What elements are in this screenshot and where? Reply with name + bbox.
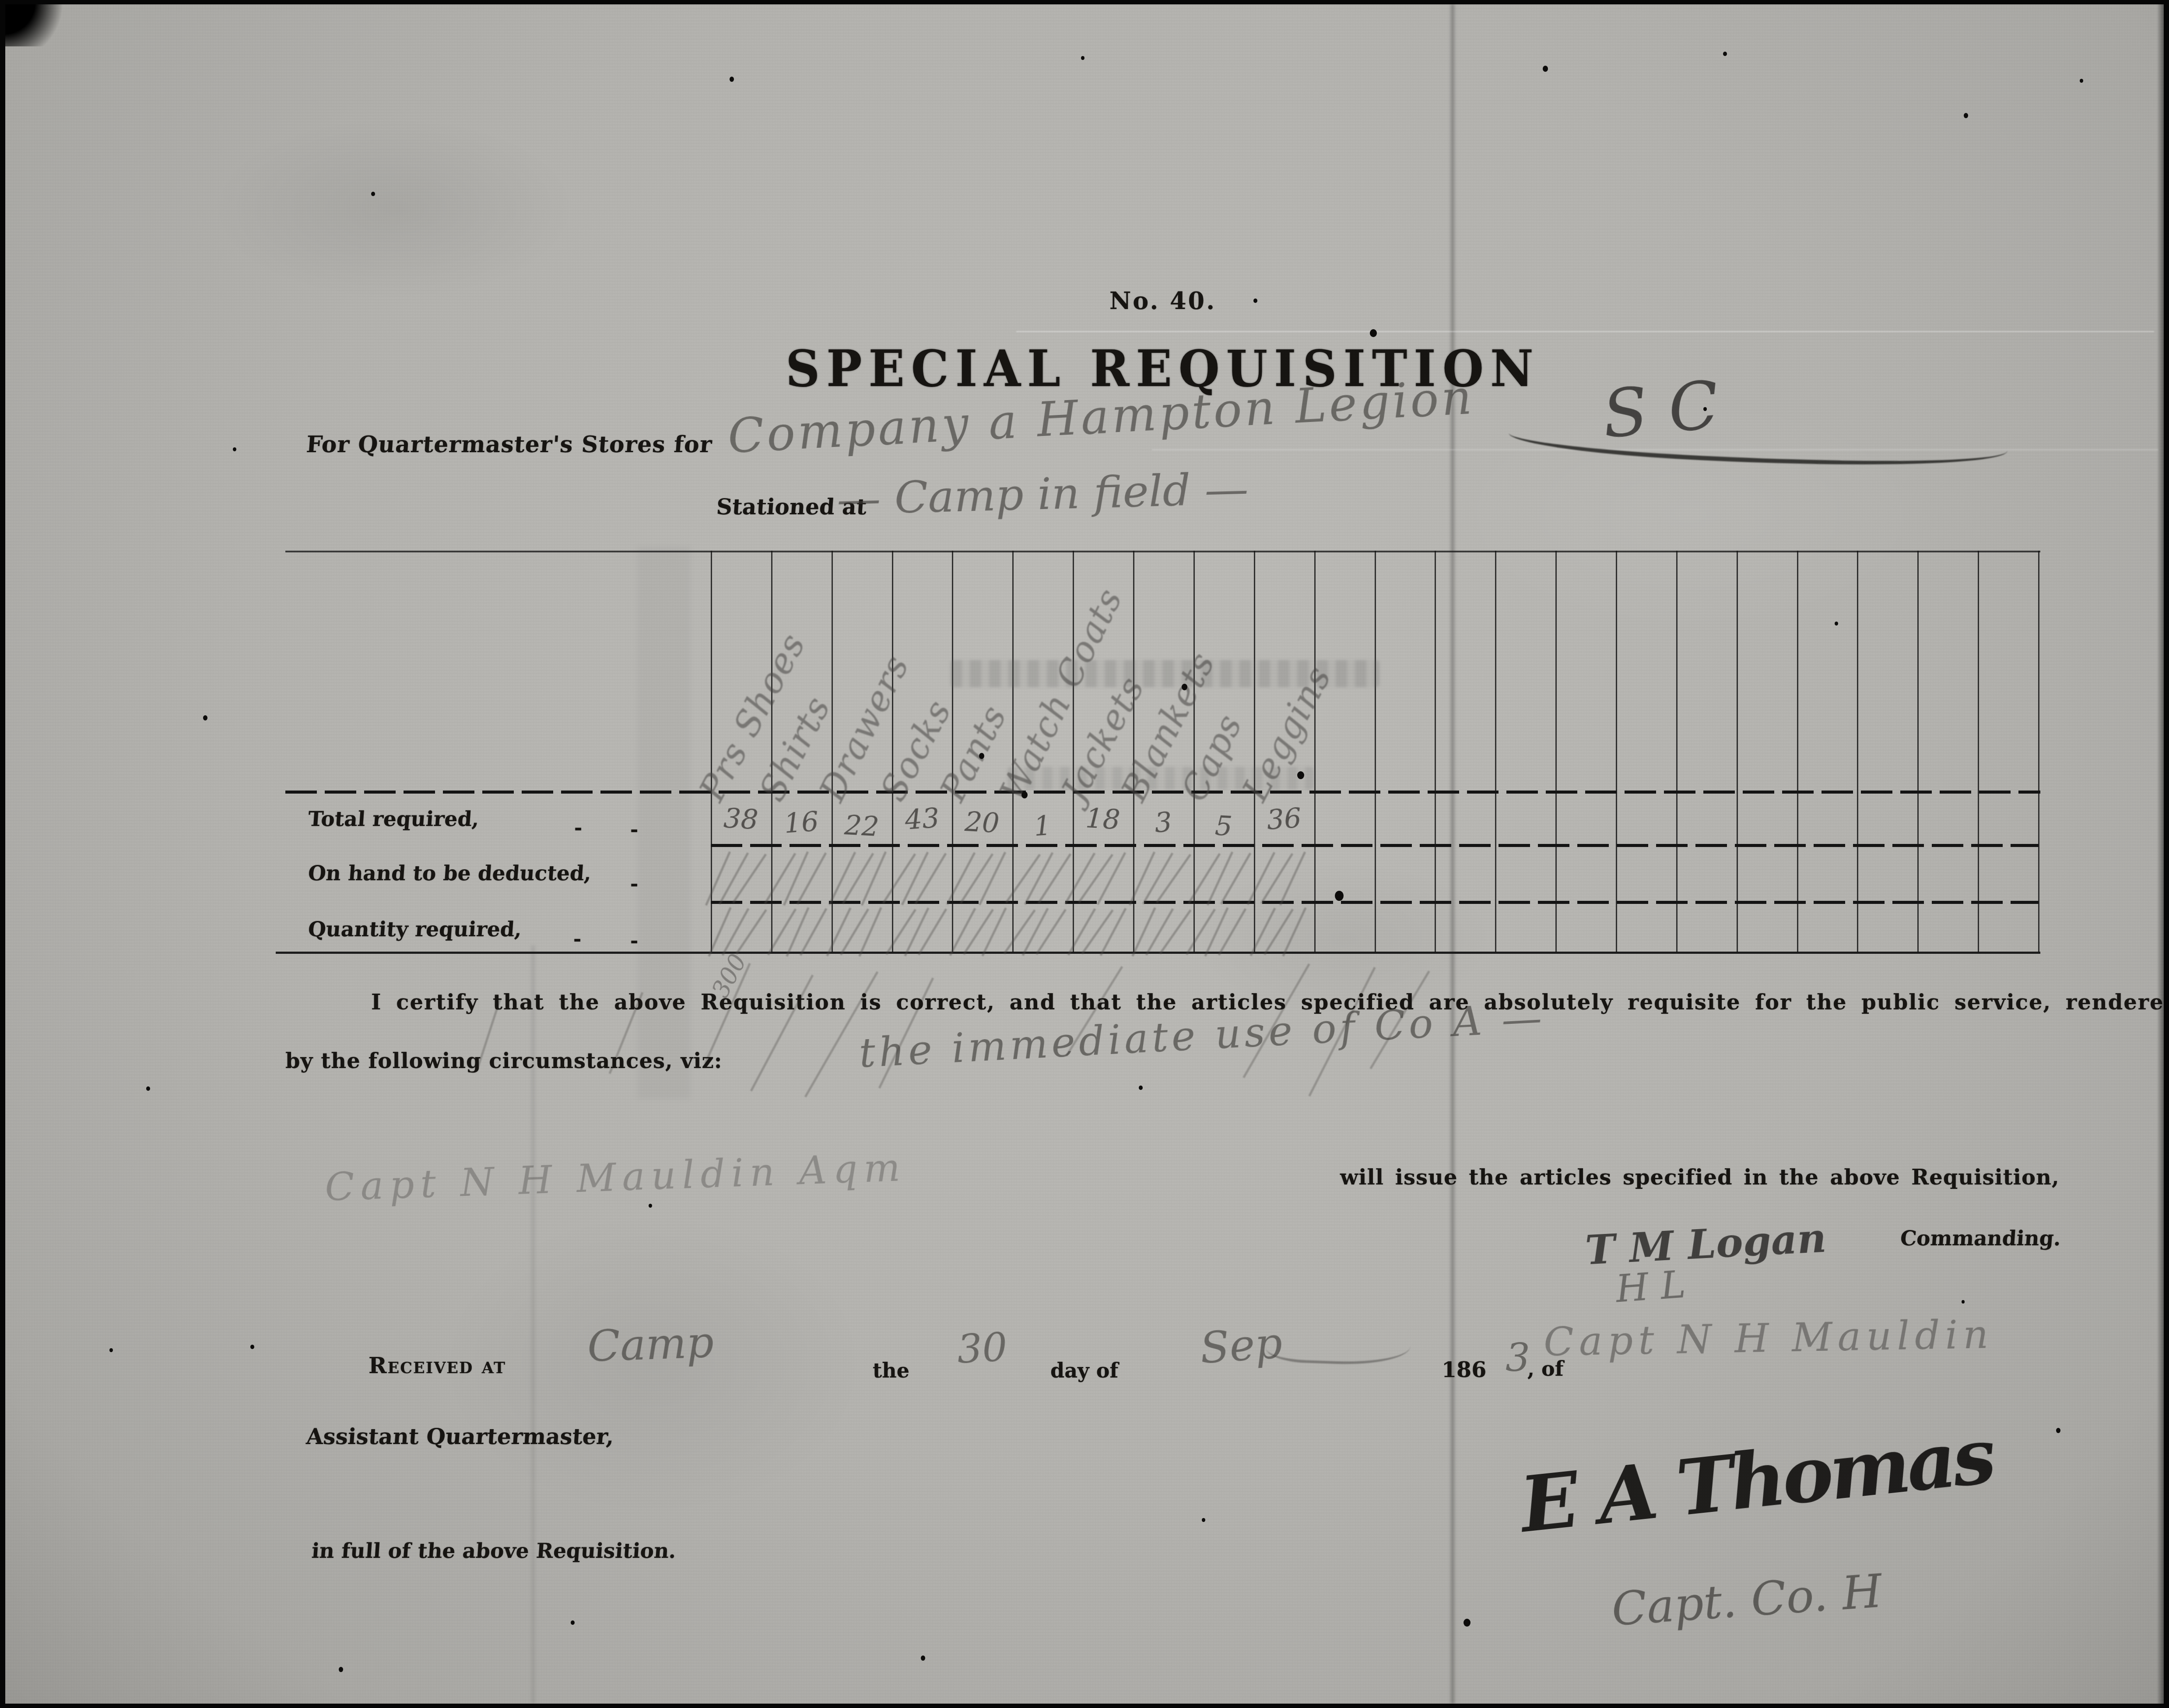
scrawl-stroke xyxy=(732,854,767,903)
table-vline xyxy=(1917,551,1919,952)
document-page: No. 40. SPECIAL REQUISITION For Quarterm… xyxy=(5,4,2164,1704)
table-vline xyxy=(1797,551,1798,952)
ink-speck xyxy=(1464,1619,1471,1627)
scrawl-stroke xyxy=(1100,908,1127,956)
row-label-on-hand: On hand to be deducted, xyxy=(307,861,592,886)
in-full-label: in full of the above Requisition. xyxy=(311,1539,677,1563)
total-required-value: 36 xyxy=(1253,801,1315,836)
total-required-value: 3 xyxy=(1132,804,1195,840)
received-place-handwritten: Camp xyxy=(586,1318,715,1372)
scrawl-stroke xyxy=(1004,910,1036,955)
issuing-officer-handwritten: Capt N H Mauldin Aqm xyxy=(324,1145,907,1210)
month-flourish xyxy=(1265,1341,1410,1366)
table-vline xyxy=(1676,551,1678,952)
unit-handwritten: H L xyxy=(1614,1263,1687,1311)
ink-speck xyxy=(1370,329,1377,337)
scrawl-stroke xyxy=(1279,851,1306,906)
scrawl-stroke xyxy=(842,853,874,904)
receipt-signature-title: Capt. Co. H xyxy=(1610,1564,1884,1637)
scrawl-stroke xyxy=(963,909,994,955)
scrawl-stroke xyxy=(1218,908,1246,956)
scrawl-stroke xyxy=(1204,907,1228,957)
scrawl-stroke xyxy=(882,853,916,903)
scrawl-stroke xyxy=(960,853,993,903)
scrawl-stroke xyxy=(764,853,796,904)
scrawl-stroke xyxy=(826,907,851,956)
will-issue-text: will issue the articles specified in the… xyxy=(1340,1165,2060,1190)
scrawl-stroke xyxy=(1188,853,1221,904)
scrawl-stroke xyxy=(840,908,869,955)
scrawl-stroke xyxy=(979,852,1006,906)
scrawl-stroke xyxy=(946,852,976,905)
scrawl-stroke xyxy=(1097,852,1126,905)
ink-speck xyxy=(1962,1300,1965,1304)
scrawl-stroke xyxy=(1081,910,1114,955)
ink-speck xyxy=(2080,79,2083,83)
ink-speck xyxy=(1835,622,1838,626)
scrawl-stroke xyxy=(1220,853,1251,905)
ink-speck xyxy=(109,1348,113,1352)
form-number: No. 40. xyxy=(1109,287,1216,315)
leader-dash: - xyxy=(573,928,581,950)
scrawl-stroke xyxy=(1263,909,1294,955)
scan-corner-blob xyxy=(5,4,74,46)
scrawl-stroke xyxy=(914,853,946,904)
the-label: the xyxy=(873,1359,909,1382)
leader-dash: - xyxy=(574,817,582,839)
ink-speck xyxy=(339,1667,343,1672)
scrawl-stroke xyxy=(1159,910,1191,955)
scrawl-stroke xyxy=(1186,909,1216,955)
scrawl-stroke xyxy=(1067,908,1096,956)
scrawl-stroke xyxy=(1078,854,1113,903)
scrawl-stroke xyxy=(705,851,731,906)
ink-speck xyxy=(571,1620,575,1625)
table-vline xyxy=(1857,551,1858,952)
scrawl-stroke xyxy=(885,909,916,955)
ink-speck xyxy=(1139,1086,1143,1090)
scrawl-stroke xyxy=(861,851,887,906)
scrawl-stroke xyxy=(1064,853,1095,905)
total-required-value: 5 xyxy=(1193,808,1254,843)
received-label: Received at xyxy=(369,1353,506,1378)
ink-speck xyxy=(979,753,984,759)
scratch-line xyxy=(1016,331,2154,332)
leader-dash: - xyxy=(630,873,638,895)
scrawl-stroke xyxy=(1038,853,1071,903)
table-vline xyxy=(1616,551,1617,952)
assistant-quartermaster-label: Assistant Quartermaster, xyxy=(305,1423,615,1449)
ink-speck xyxy=(1021,791,1028,798)
table-vline xyxy=(1375,551,1376,952)
table-vline xyxy=(1314,551,1316,952)
scrawl-stroke xyxy=(904,907,929,956)
table-vline xyxy=(1737,551,1738,952)
receipt-signature: E A Thomas xyxy=(1516,1411,1997,1550)
scrawl-stroke xyxy=(786,907,809,956)
ink-speck xyxy=(2056,1428,2060,1433)
scrawl-stroke xyxy=(719,852,749,905)
ink-speck xyxy=(1964,113,1968,118)
scrawl-stroke xyxy=(1207,851,1233,906)
row-label-quantity-required: Quantity required, xyxy=(307,917,523,942)
ink-speck xyxy=(250,1345,254,1349)
scrawl-stroke xyxy=(735,909,767,955)
table-bottom-rule xyxy=(276,952,2040,954)
scrawl-stroke xyxy=(1035,909,1067,955)
ink-speck xyxy=(1253,299,1257,303)
ink-flourish-underline xyxy=(1508,411,2008,476)
total-required-value: 22 xyxy=(831,808,892,843)
scrawl-stroke xyxy=(1022,908,1049,956)
scrawl-stroke xyxy=(982,907,1007,956)
ink-speck xyxy=(1335,891,1344,901)
ink-speck xyxy=(921,1655,925,1661)
certify-line-2: by the following circumstances, viz: xyxy=(285,1049,723,1073)
received-from-handwritten: Capt N H Mauldin xyxy=(1543,1311,1994,1365)
table-vline xyxy=(2038,551,2039,952)
commanding-label: Commanding. xyxy=(1899,1227,2062,1251)
ink-speck xyxy=(649,1204,652,1208)
table-top-rule xyxy=(285,551,2040,552)
table-vline xyxy=(1978,551,1979,952)
commanding-signature: T M Logan xyxy=(1584,1214,1828,1274)
scrawl-stroke xyxy=(1005,854,1041,903)
year-digit-handwritten: 3 xyxy=(1506,1335,1530,1380)
leader-dash: - xyxy=(630,930,638,952)
scrawl-stroke xyxy=(1145,908,1174,956)
scrawl-stroke xyxy=(1156,854,1191,903)
ink-speck xyxy=(371,192,375,196)
scrawl-stroke xyxy=(858,907,882,956)
light-band xyxy=(638,547,690,1099)
scrawl-stroke xyxy=(797,852,827,905)
stationed-value: — Camp in field — xyxy=(836,463,1249,525)
table-vline xyxy=(1495,551,1496,952)
total-required-value: 1 xyxy=(1011,808,1074,843)
ink-speck xyxy=(1543,66,1548,72)
day-of-label: day of xyxy=(1050,1359,1118,1382)
total-required-value: 20 xyxy=(951,805,1013,840)
table-vline xyxy=(1435,551,1436,952)
leader-dash: - xyxy=(630,819,638,841)
ink-speck xyxy=(146,1086,150,1091)
scrawl-stroke xyxy=(918,908,947,955)
row-label-total-required: Total required, xyxy=(307,807,480,831)
ink-speck xyxy=(1182,684,1187,690)
year-prefix: 186 xyxy=(1442,1357,1486,1382)
fold-crease xyxy=(1449,4,1456,1704)
day-handwritten: 30 xyxy=(956,1324,1008,1373)
total-required-value: 38 xyxy=(710,801,772,836)
total-required-value: 43 xyxy=(891,801,953,836)
scrawl-stroke xyxy=(1131,907,1156,957)
scrawl-stroke xyxy=(1142,853,1173,905)
table-header-rule xyxy=(285,791,2040,794)
quartermaster-label: For Quartermaster's Stores for xyxy=(305,431,713,458)
scrawl-stroke xyxy=(1282,907,1306,957)
scrawl-stroke xyxy=(1260,853,1293,904)
scan-edge-shadow xyxy=(2157,4,2164,1704)
total-required-value: 18 xyxy=(1072,801,1134,836)
ink-speck xyxy=(1081,56,1084,60)
ink-speck xyxy=(233,447,236,451)
ink-speck xyxy=(1202,1518,1205,1522)
scrawl-stroke xyxy=(1247,852,1275,905)
ink-speck xyxy=(730,77,734,82)
total-required-value: 16 xyxy=(770,804,832,840)
ink-speck xyxy=(1723,52,1727,56)
scrawl-stroke xyxy=(1024,852,1053,905)
scrawl-stroke xyxy=(901,852,928,906)
scrawl-stroke xyxy=(783,851,809,906)
table-vline xyxy=(1555,551,1557,952)
ink-speck xyxy=(203,715,207,720)
